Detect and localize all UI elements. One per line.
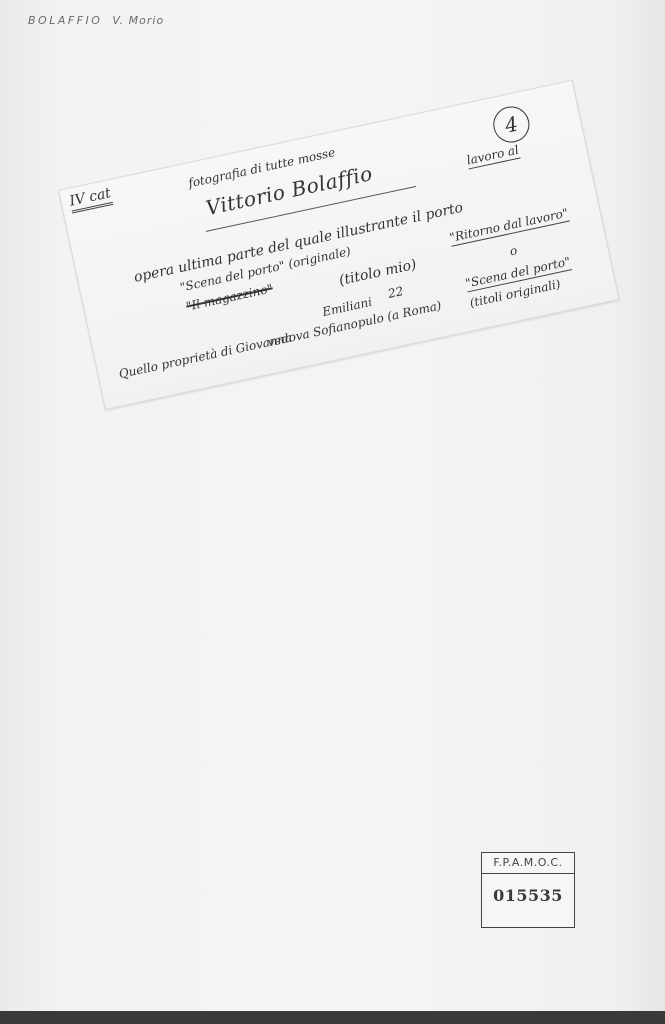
- alt-title: "Ritorno dal lavoro": [448, 207, 569, 247]
- category-label: IV cat: [68, 186, 113, 213]
- alt-or: o: [509, 244, 519, 257]
- circled-number: 4: [490, 103, 533, 146]
- scan-edge-strip: [0, 1011, 665, 1024]
- stamp-label: F.P.A.M.O.C.: [482, 853, 574, 874]
- archive-header: BOLAFFIOV. Morio: [28, 14, 164, 27]
- circled-number-text: 4: [503, 111, 520, 137]
- stamp-number: 015535: [482, 874, 574, 905]
- artist-surname: BOLAFFIO: [28, 14, 102, 27]
- work-note-prefix: lavoro al: [466, 144, 521, 170]
- archive-photo-sheet: BOLAFFIOV. Morio IV cat fotografia di tu…: [0, 0, 665, 1011]
- handwritten-card: IV cat fotografia di tutte mosse Vittori…: [58, 80, 619, 410]
- archive-stamp: F.P.A.M.O.C. 015535: [481, 852, 575, 928]
- number-22: 22: [387, 285, 404, 300]
- title-mine-note: (titolo mio): [338, 258, 418, 288]
- artist-first-name: V. Morio: [112, 14, 164, 27]
